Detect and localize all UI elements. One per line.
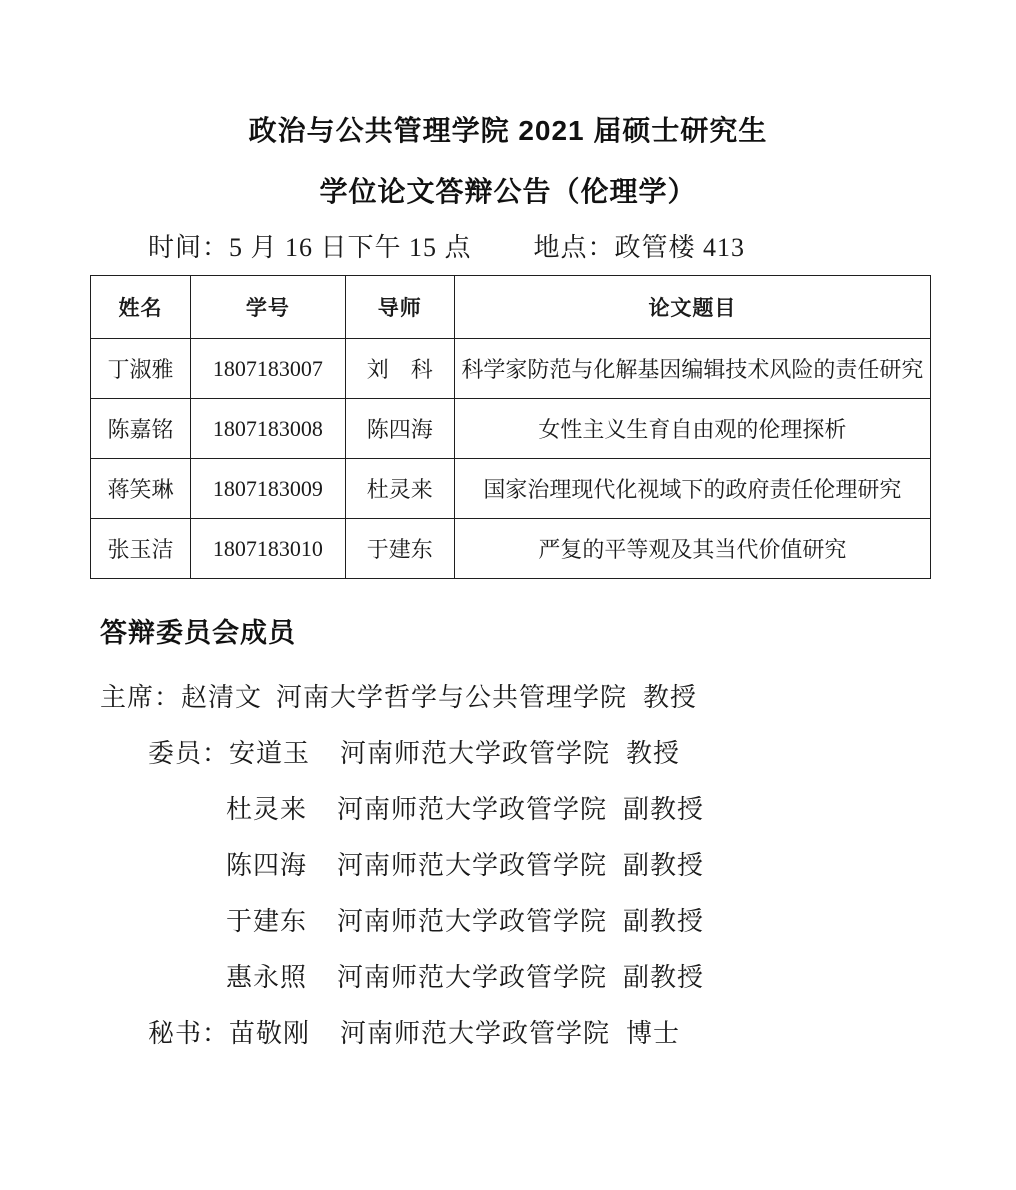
member-name: 陈四海: [226, 851, 307, 880]
table-row: 张玉洁 1807183010 于建东 严复的平等观及其当代价值研究: [91, 519, 931, 579]
cell-name: 陈嘉铭: [91, 399, 191, 459]
committee-member-secretary: 秘书：苗敬刚河南师范大学政管学院博士: [148, 1020, 1016, 1047]
announcement-page: 政治与公共管理学院 2021 届硕士研究生 学位论文答辩公告（伦理学） 时间：5…: [0, 0, 1016, 1190]
cell-student-id: 1807183007: [191, 339, 346, 399]
committee-heading: 答辩委员会成员: [100, 618, 1016, 648]
cell-thesis-title: 女性主义生育自由观的伦理探析: [454, 399, 930, 459]
header-advisor: 导师: [345, 276, 454, 339]
cell-advisor: 刘 科: [345, 339, 454, 399]
member-name: 赵清文: [181, 683, 262, 712]
member-org: 河南师范大学政管学院: [337, 963, 607, 992]
table-row: 蒋笑琳 1807183009 杜灵来 国家治理现代化视域下的政府责任伦理研究: [91, 459, 931, 519]
cell-thesis-title: 严复的平等观及其当代价值研究: [454, 519, 930, 579]
member-name: 于建东: [226, 907, 307, 936]
member-role: 委员：: [148, 739, 229, 768]
cell-advisor: 陈四海: [345, 399, 454, 459]
header-student-id: 学号: [191, 276, 346, 339]
member-name: 杜灵来: [226, 795, 307, 824]
table-row: 陈嘉铭 1807183008 陈四海 女性主义生育自由观的伦理探析: [91, 399, 931, 459]
member-name: 惠永照: [226, 963, 307, 992]
cell-student-id: 1807183008: [191, 399, 346, 459]
member-title: 教授: [643, 683, 697, 712]
member-name: 苗敬刚: [229, 1019, 310, 1048]
cell-name: 张玉洁: [91, 519, 191, 579]
cell-thesis-title: 国家治理现代化视域下的政府责任伦理研究: [454, 459, 930, 519]
committee-member: 于建东河南师范大学政管学院副教授: [226, 908, 1016, 935]
cell-name: 蒋笑琳: [91, 459, 191, 519]
cell-advisor: 杜灵来: [345, 459, 454, 519]
document-title-line1: 政治与公共管理学院 2021 届硕士研究生: [0, 116, 1016, 146]
member-org: 河南师范大学政管学院: [340, 1019, 610, 1048]
cell-thesis-title: 科学家防范与化解基因编辑技术风险的责任研究: [454, 339, 930, 399]
location-label: 地点：政管楼 413: [534, 234, 746, 262]
document-title-line2: 学位论文答辩公告（伦理学）: [0, 177, 1016, 207]
cell-advisor: 于建东: [345, 519, 454, 579]
cell-student-id: 1807183010: [191, 519, 346, 579]
member-org: 河南师范大学政管学院: [337, 907, 607, 936]
defense-schedule-table: 姓名 学号 导师 论文题目 丁淑雅 1807183007 刘 科 科学家防范与化…: [90, 275, 931, 579]
header-name: 姓名: [91, 276, 191, 339]
header-thesis-title: 论文题目: [454, 276, 930, 339]
member-name: 安道玉: [229, 739, 310, 768]
cell-student-id: 1807183009: [191, 459, 346, 519]
member-title: 副教授: [623, 963, 704, 992]
member-role: 秘书：: [148, 1019, 229, 1048]
member-org: 河南师范大学政管学院: [337, 851, 607, 880]
cell-name: 丁淑雅: [91, 339, 191, 399]
time-location-row: 时间：5 月 16 日下午 15 点 地点：政管楼 413: [0, 234, 1016, 262]
table-header-row: 姓名 学号 导师 论文题目: [91, 276, 931, 339]
member-title: 副教授: [623, 795, 704, 824]
member-title: 博士: [626, 1019, 680, 1048]
committee-member: 委员：安道玉河南师范大学政管学院教授: [148, 740, 1016, 767]
committee-member: 陈四海河南师范大学政管学院副教授: [226, 852, 1016, 879]
committee-member-chair: 主席：赵清文河南大学哲学与公共管理学院教授: [100, 684, 1016, 711]
committee-member: 惠永照河南师范大学政管学院副教授: [226, 964, 1016, 991]
committee-member: 杜灵来河南师范大学政管学院副教授: [226, 796, 1016, 823]
time-label: 时间：5 月 16 日下午 15 点: [148, 234, 472, 262]
member-title: 副教授: [623, 851, 704, 880]
member-org: 河南师范大学政管学院: [340, 739, 610, 768]
member-org: 河南大学哲学与公共管理学院: [276, 683, 627, 712]
member-role: 主席：: [100, 683, 181, 712]
member-org: 河南师范大学政管学院: [337, 795, 607, 824]
member-title: 副教授: [623, 907, 704, 936]
member-title: 教授: [626, 739, 680, 768]
table-row: 丁淑雅 1807183007 刘 科 科学家防范与化解基因编辑技术风险的责任研究: [91, 339, 931, 399]
